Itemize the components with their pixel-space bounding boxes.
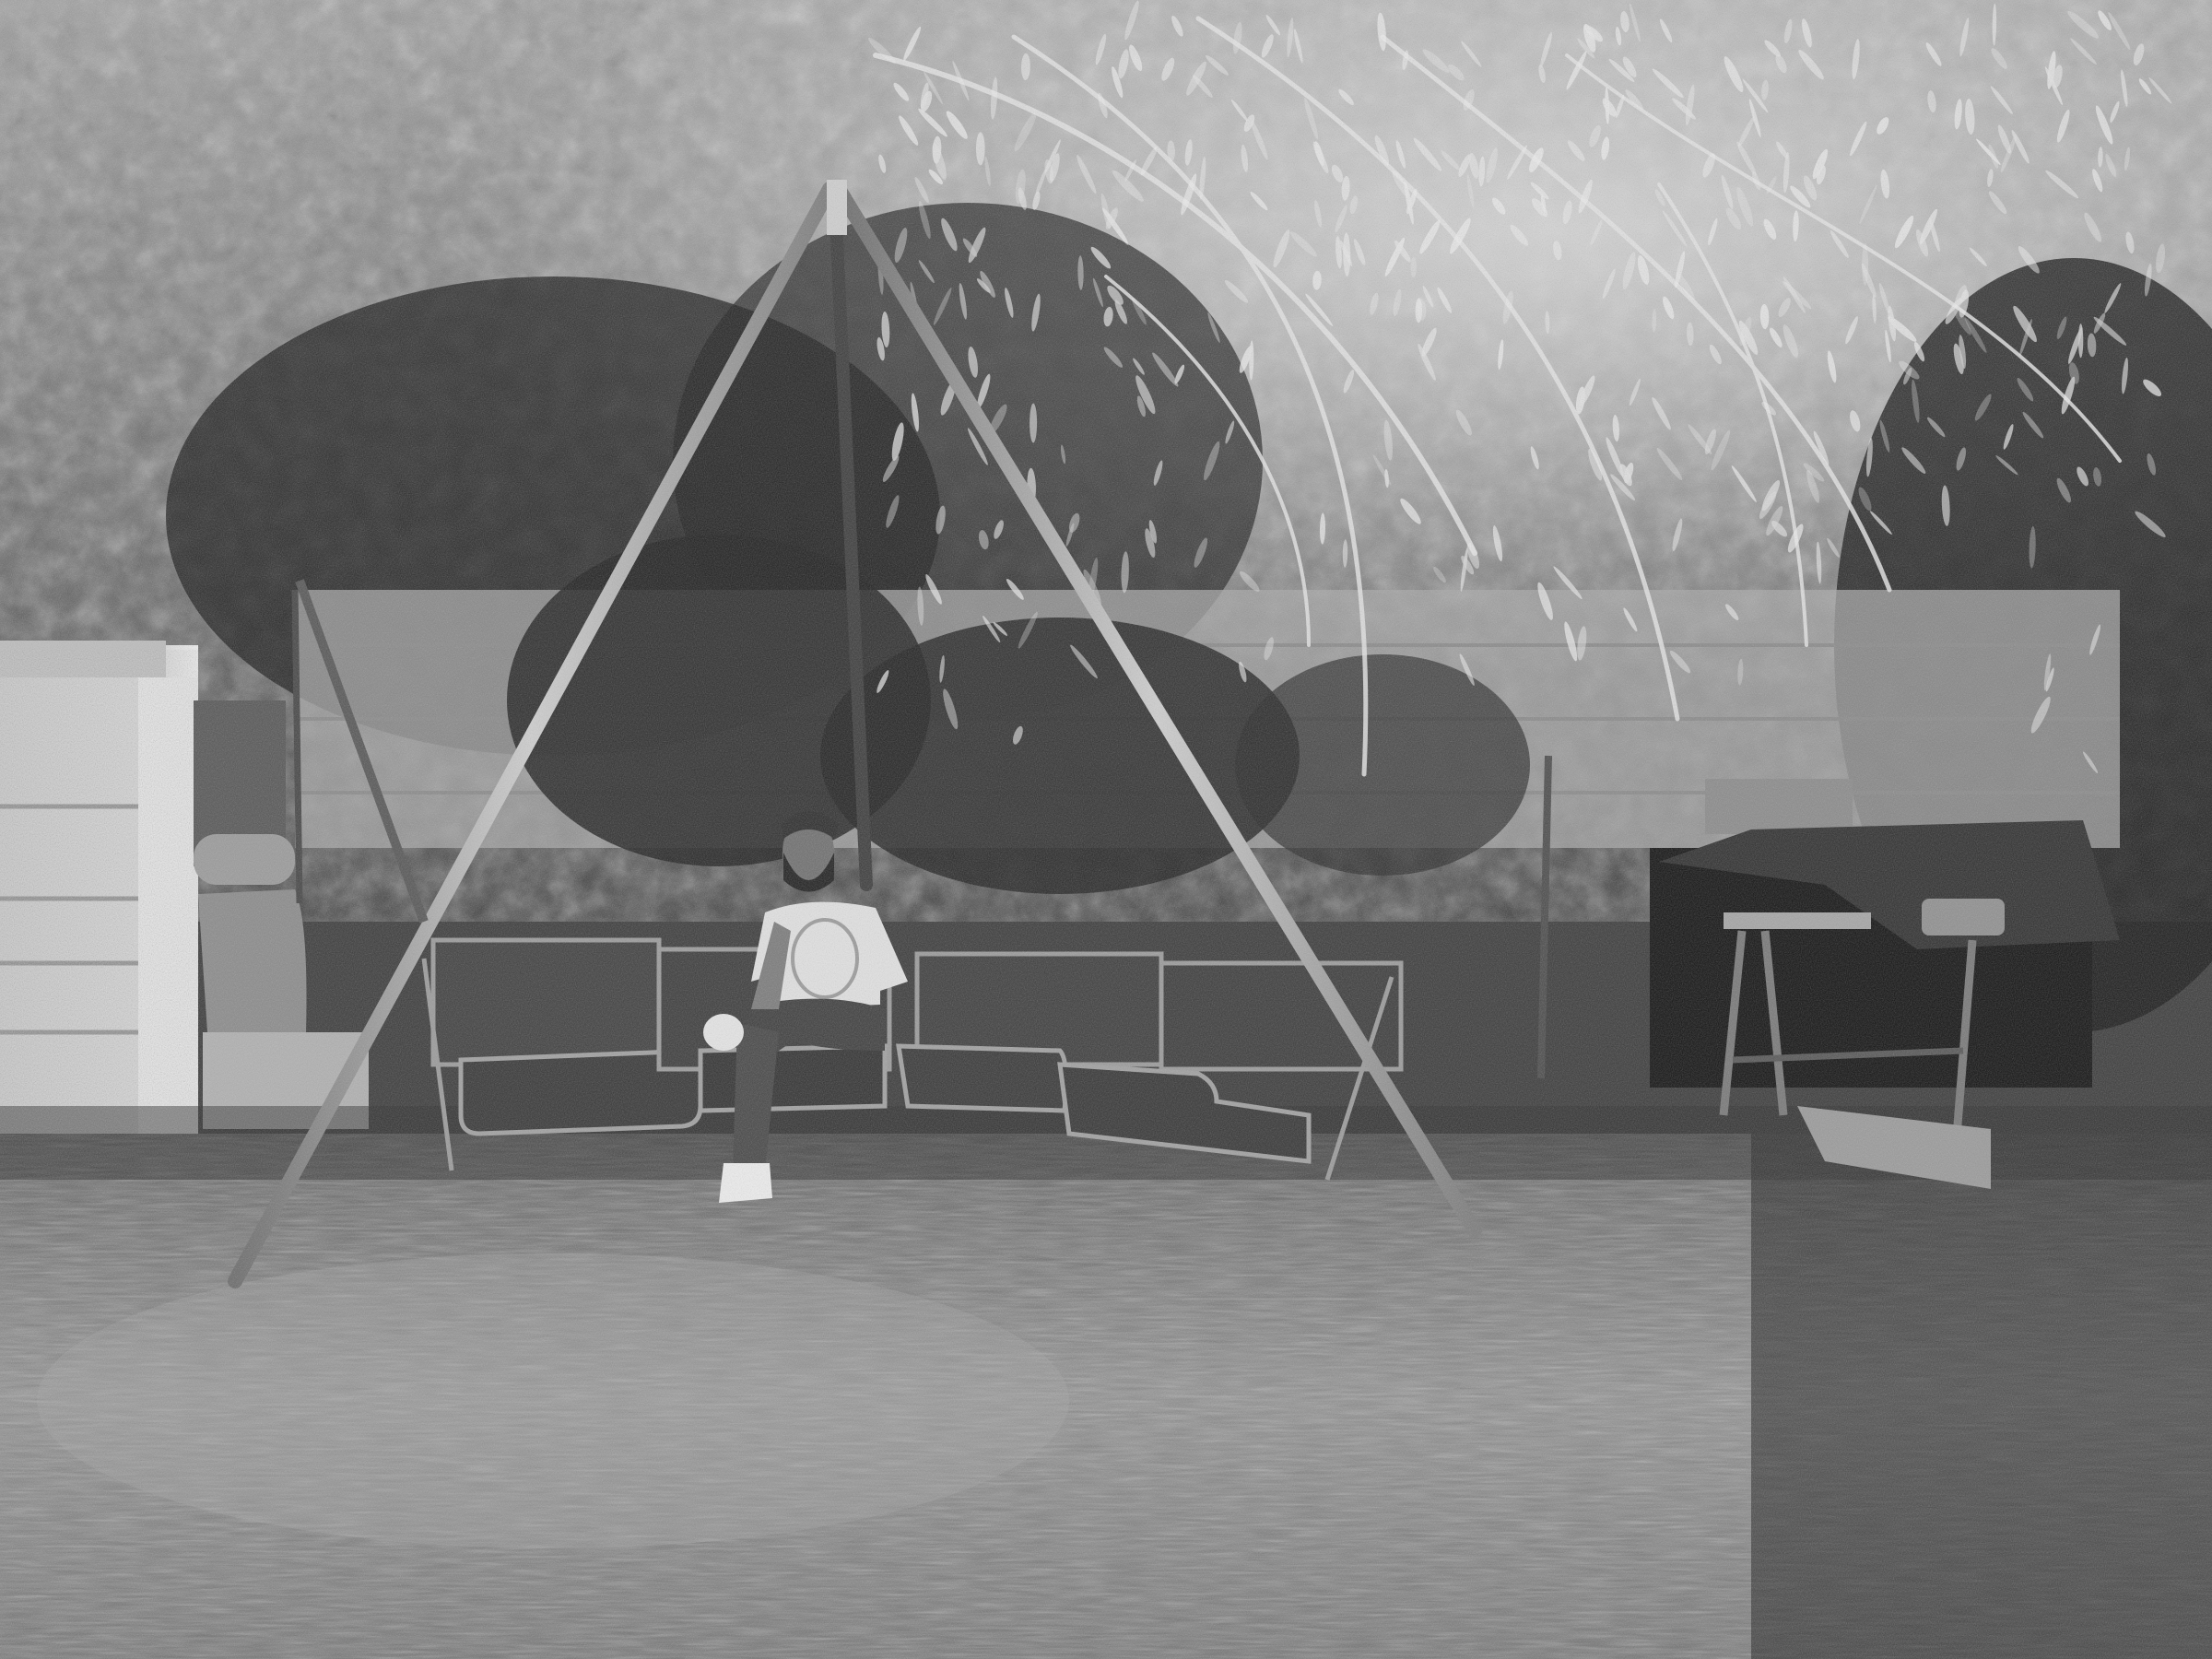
film-grain [0, 0, 2212, 1659]
scene-canvas [0, 0, 2212, 1659]
photograph: A bearded man in a light graphic t-shirt… [0, 0, 2212, 1659]
